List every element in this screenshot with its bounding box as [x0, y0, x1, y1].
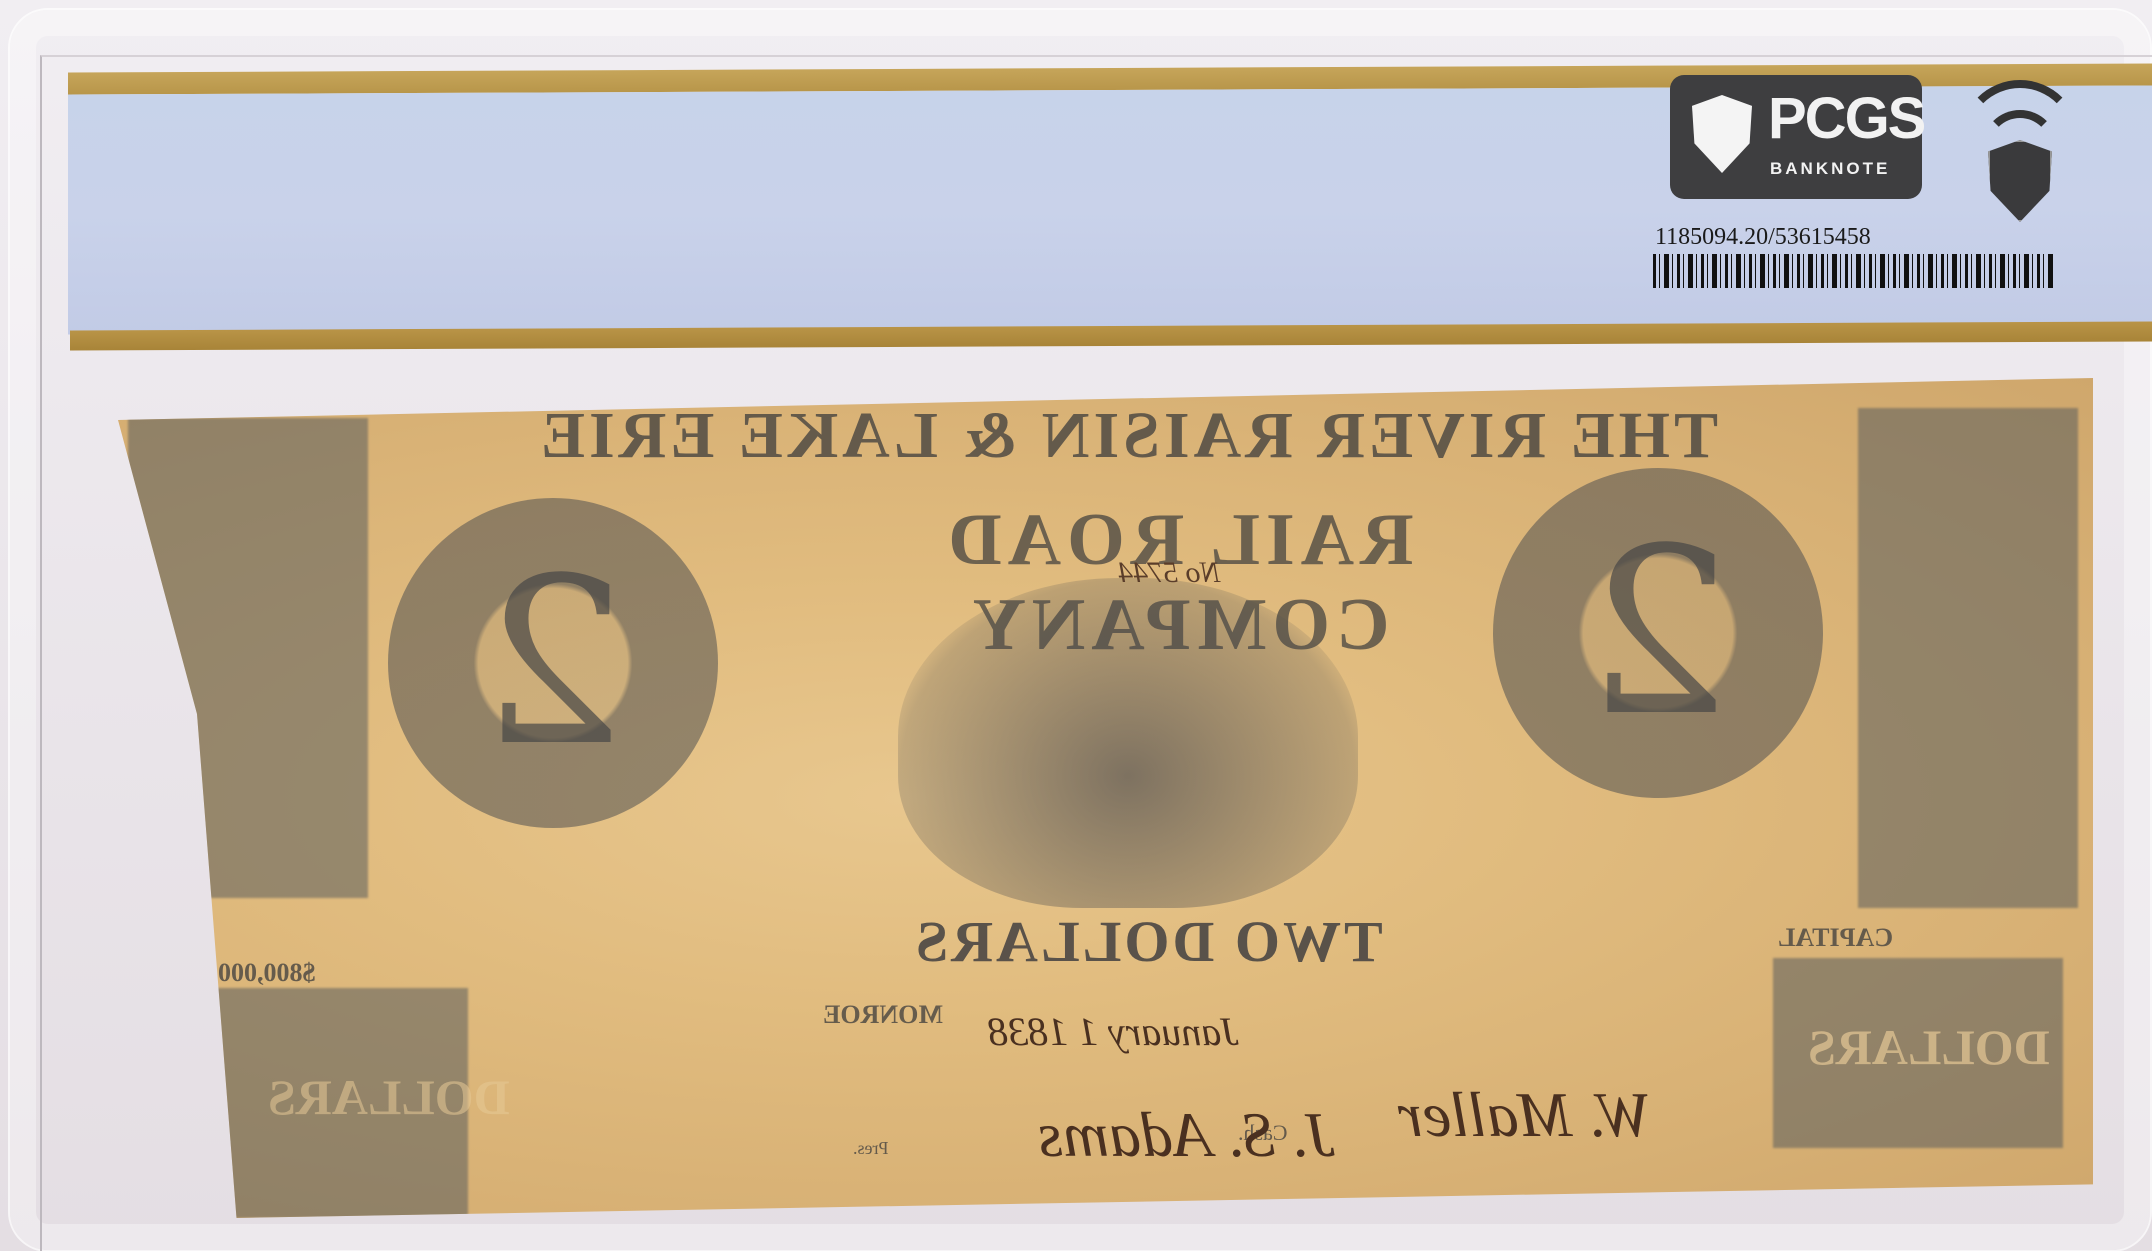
corner-dollars-right: DOLLARS: [1808, 1018, 2050, 1076]
president-label: Pres.: [853, 1138, 889, 1159]
place-label: MONROE: [823, 1000, 943, 1030]
capital-label: CAPITAL: [1778, 923, 1893, 953]
right-end-panel: [1858, 408, 2078, 908]
barcode: [1653, 254, 2055, 288]
pcgs-holder: PCGS BANKNOTE 1185094.20/53615458 2 2 TH…: [0, 0, 2152, 1251]
grader-name: PCGS: [1768, 85, 1924, 152]
banknote: 2 2 THE RIVER RAISIN & LAKE ERIE RAIL RO…: [118, 378, 2093, 1218]
corner-dollars-left: DOLLARS: [268, 1068, 510, 1126]
cashier-signature: W. Maller: [1398, 1078, 1652, 1152]
horse-vignette: [898, 578, 1358, 908]
denomination-text: TWO DOLLARS: [828, 908, 1468, 975]
pcgs-shield-icon: [1692, 95, 1752, 173]
president-signature: J. S. Adams: [1038, 1098, 1335, 1172]
denomination-seal-left: 2: [388, 498, 718, 828]
note-title-line1: THE RIVER RAISIN & LAKE ERIE: [438, 398, 1818, 474]
pcgs-banknote-logo: PCGS BANKNOTE: [1670, 75, 1922, 199]
nfc-shield-icon: [1960, 80, 2080, 220]
shield-icon: [1988, 140, 2052, 222]
capital-amount-label: $800,000: [218, 958, 316, 988]
serial-number: No 5744: [1118, 556, 1221, 590]
cert-number: 1185094.20/53615458: [1655, 224, 1871, 251]
handwritten-date: January 1 1838: [988, 1008, 1239, 1055]
grader-sub: BANKNOTE: [1770, 159, 1890, 179]
